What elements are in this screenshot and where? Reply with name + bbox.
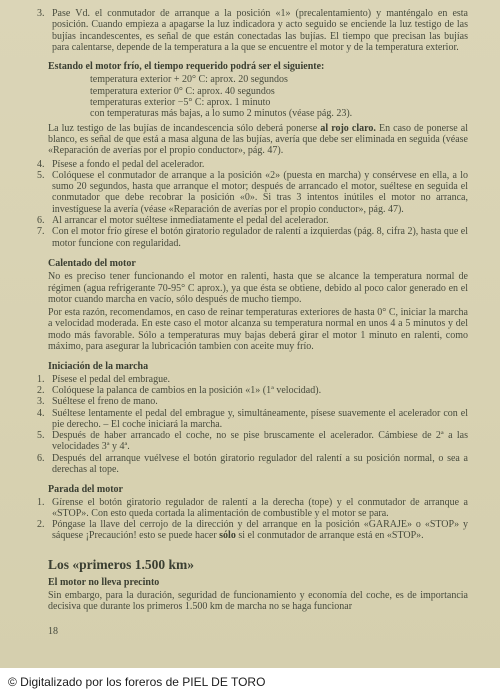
first-1500-km-heading: Los «primeros 1.500 km» bbox=[48, 557, 468, 572]
item-text: Písese el pedal del embrague. bbox=[52, 374, 170, 385]
item-number: 2. bbox=[37, 385, 52, 396]
item-number: 3. bbox=[37, 8, 52, 19]
temperature-list: temperatura exterior + 20° C: aprox. 20 … bbox=[48, 74, 468, 119]
list-item: 5.Después de haber arrancado el coche, n… bbox=[48, 430, 468, 453]
temperature-line: temperatura exterior + 20° C: aprox. 20 … bbox=[90, 74, 468, 85]
item-text: Gírense el botón giratorio regulador de … bbox=[52, 497, 468, 519]
item-number: 3. bbox=[37, 396, 52, 407]
no-seal-subheading: El motor no lleva precinto bbox=[48, 577, 468, 588]
item-text: Suéltese el freno de mano. bbox=[52, 396, 158, 407]
list-item-5: 5.Colóquese el conmutador de arranque a … bbox=[48, 170, 468, 215]
list-item: 1.Písese el pedal del embrague. bbox=[48, 374, 468, 385]
item-text: Con el motor frío gírese el botón girato… bbox=[52, 226, 468, 248]
item-number: 2. bbox=[37, 519, 52, 530]
item-number: 1. bbox=[37, 497, 52, 508]
item-number: 6. bbox=[37, 453, 52, 464]
item-text: Después de haber arrancado el coche, no … bbox=[52, 430, 468, 452]
temperature-line: temperaturas exterior −5° C: aprox. 1 mi… bbox=[90, 97, 468, 108]
scanned-page: 3.Pase Vd. el conmutador de arranque a l… bbox=[0, 0, 500, 668]
temperature-line: con temperaturas más bajas, a lo sumo 2 … bbox=[90, 108, 468, 119]
item-text: Suéltese lentamente el pedal del embragu… bbox=[52, 408, 468, 430]
item-number: 4. bbox=[37, 408, 52, 419]
list-item-7: 7.Con el motor frío gírese el botón gira… bbox=[48, 226, 468, 249]
list-item: 1.Gírense el botón giratorio regulador d… bbox=[48, 497, 468, 520]
list-item: 2.Colóquese la palanca de cambios en la … bbox=[48, 385, 468, 396]
text-segment-bold: al rojo claro. bbox=[320, 123, 376, 134]
item-number: 1. bbox=[37, 374, 52, 385]
warm-up-paragraph-2: Por esta razón, recomendamos, en caso de… bbox=[48, 307, 468, 352]
warm-up-paragraph-1: No es preciso tener funcionando el motor… bbox=[48, 271, 468, 305]
item-text: Colóquese el conmutador de arranque a la… bbox=[52, 170, 468, 215]
item-text: si el conmutador de arranque está en «ST… bbox=[236, 530, 424, 541]
item-text: Al arrancar el motor suéltese inmediatam… bbox=[52, 215, 329, 226]
item-text: Pase Vd. el conmutador de arranque a la … bbox=[52, 8, 468, 53]
list-item: 6.Después del arranque vuélvese el botón… bbox=[48, 453, 468, 476]
list-item: 4.Suéltese lentamente el pedal del embra… bbox=[48, 408, 468, 431]
list-item: 3.Suéltese el freno de mano. bbox=[48, 396, 468, 407]
warm-up-heading: Calentado del motor bbox=[48, 258, 468, 269]
item-number: 5. bbox=[37, 170, 52, 181]
running-in-paragraph: Sin embargo, para la duración, seguridad… bbox=[48, 590, 468, 613]
item-number: 7. bbox=[37, 226, 52, 237]
page-number: 18 bbox=[48, 626, 468, 637]
list-item: 2.Póngase la llave del cerrojo de la dir… bbox=[48, 519, 468, 542]
cold-engine-heading: Estando el motor frío, el tiempo requeri… bbox=[48, 61, 468, 72]
temperature-line: temperatura exterior 0° C: aprox. 40 seg… bbox=[90, 86, 468, 97]
item-text: Colóquese la palanca de cambios en la po… bbox=[52, 385, 321, 396]
glow-plug-warning-paragraph: La luz testigo de las bujías de incandes… bbox=[48, 123, 468, 157]
list-item-6: 6.Al arrancar el motor suéltese inmediat… bbox=[48, 215, 468, 226]
item-number: 5. bbox=[37, 430, 52, 441]
engine-stop-heading: Parada del motor bbox=[48, 484, 468, 495]
text-segment-bold: sólo bbox=[219, 530, 236, 541]
item-text: Después del arranque vuélvese el botón g… bbox=[52, 453, 468, 475]
item-text: Písese a fondo el pedal del acelerador. bbox=[52, 159, 204, 170]
list-item-4: 4.Písese a fondo el pedal del acelerador… bbox=[48, 159, 468, 170]
item-number: 6. bbox=[37, 215, 52, 226]
watermark-bar: © Digitalizado por los foreros de PIEL D… bbox=[0, 668, 500, 700]
watermark-text: © Digitalizado por los foreros de PIEL D… bbox=[8, 675, 265, 689]
item-number: 4. bbox=[37, 159, 52, 170]
list-item-3: 3.Pase Vd. el conmutador de arranque a l… bbox=[48, 8, 468, 53]
start-driving-heading: Iniciación de la marcha bbox=[48, 361, 468, 372]
text-segment: La luz testigo de las bujías de incandes… bbox=[48, 123, 320, 134]
